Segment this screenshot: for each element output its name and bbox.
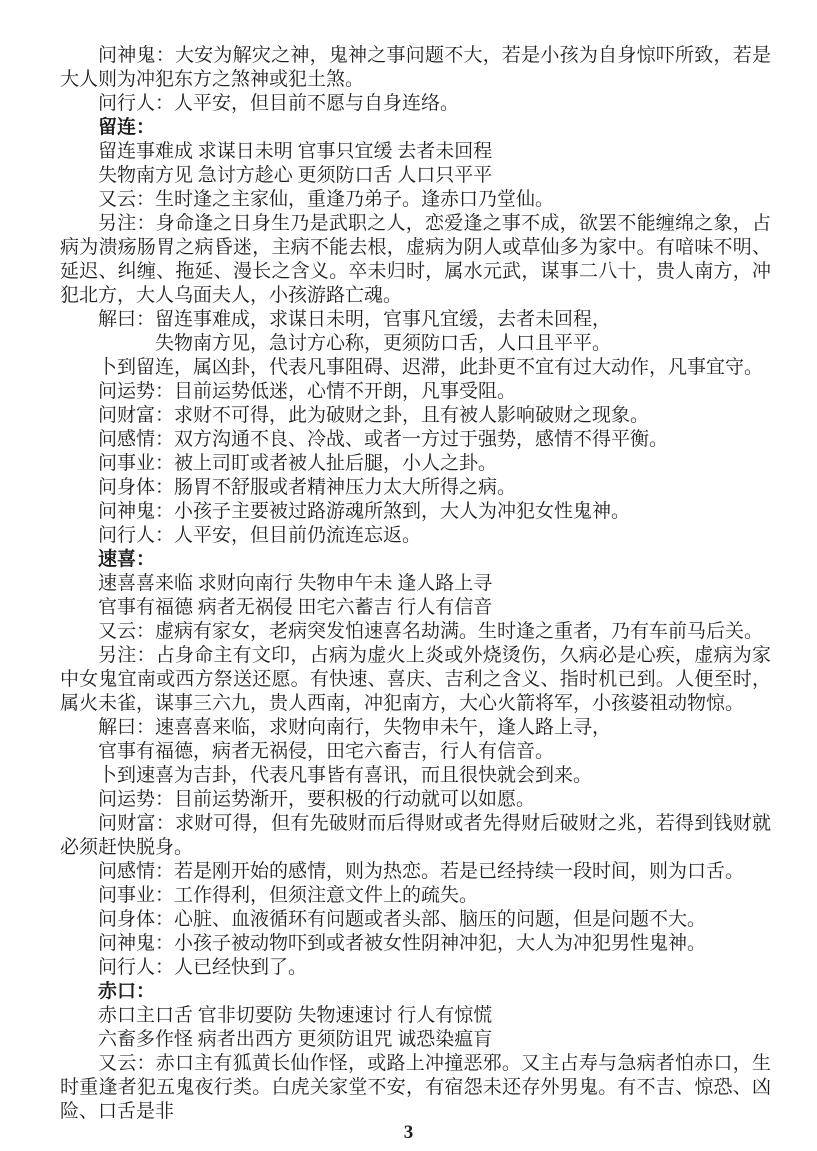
para-suxi-caifu: 问财富：求财可得，但有先破财而后得财或者先得财后破财之兆，若得到钱财就必须赶快脱… (60, 812, 771, 860)
para-wen-shengui-daan: 问神鬼：大安为解灾之神，鬼神之事问题不大，若是小孩为自身惊吓所致，若是大人则为冲… (60, 44, 771, 92)
para-suxi-ganqing: 问感情：若是刚开始的感情，则为热恋。若是已经持续一段时间，则为口舌。 (60, 860, 771, 884)
para-liulian-xingren: 问行人：人平安，但目前仍流连忘返。 (60, 524, 771, 548)
para-liulian-lingzhu: 另注：身命逢之日身生乃是武职之人，恋爱逢之事不成，欲罢不能缠绵之象，占病为溃疡肠… (60, 212, 771, 308)
poem-chikou-line1: 赤口主口舌 官非切要防 失物速速讨 行人有惊慌 (60, 1004, 771, 1028)
poem-suxi-line2: 官事有福德 病者无祸侵 田宅六蓄吉 行人有信音 (60, 596, 771, 620)
para-chikou-youyun: 又云：赤口主有狐黄长仙作怪，或路上冲撞恶邪。又主占寿与急病者怕赤口，生时重逢者犯… (60, 1052, 771, 1124)
para-liulian-youyun: 又云：生时逢之主家仙，重逢乃弟子。逢赤口乃堂仙。 (60, 188, 771, 212)
heading-suxi: 速喜： (60, 548, 771, 572)
para-suxi-youyun: 又云：虚病有家女，老病突发怕速喜名劫满。生时逢之重者，乃有车前马后关。 (60, 620, 771, 644)
para-suxi-jieyue-2: 官事有福德，病者无祸侵，田宅六畜吉，行人有信音。 (60, 740, 771, 764)
para-suxi-shengui: 问神鬼：小孩子被动物吓到或者被女性阴神冲犯，大人为冲犯男性鬼神。 (60, 932, 771, 956)
para-liulian-caifu: 问财富：求财不可得，此为破财之卦，且有被人影响破财之现象。 (60, 404, 771, 428)
para-suxi-shiye: 问事业：工作得利，但须注意文件上的疏失。 (60, 884, 771, 908)
para-liulian-ganqing: 问感情：双方沟通不良、冷战、或者一方过于强势，感情不得平衡。 (60, 428, 771, 452)
document-page: 问神鬼：大安为解灾之神，鬼神之事问题不大，若是小孩为自身惊吓所致，若是大人则为冲… (0, 0, 817, 1151)
heading-liulian: 留连： (60, 116, 771, 140)
para-liulian-shengui: 问神鬼：小孩子主要被过路游魂所煞到，大人为冲犯女性鬼神。 (60, 500, 771, 524)
poem-liulian-line2: 失物南方见 急讨方趁心 更须防口舌 人口只平平 (60, 164, 771, 188)
para-liulian-yunshi: 问运势：目前运势低迷，心情不开朗，凡事受阻。 (60, 380, 771, 404)
para-liulian-shiye: 问事业：被上司盯或者被人扯后腿，小人之卦。 (60, 452, 771, 476)
para-liulian-jieyue-2: 失物南方见，急讨方心称，更须防口舌，人口且平平。 (60, 332, 771, 356)
para-suxi-shenti: 问身体：心脏、血液循环有问题或者头部、脑压的问题，但是问题不大。 (60, 908, 771, 932)
para-suxi-lingzhu: 另注：占身命主有文印，占病为虚火上炎或外烧烫伤，久病必是心疾，虚病为家中女鬼宜南… (60, 644, 771, 716)
para-suxi-budao: 卜到速喜为吉卦，代表凡事皆有喜讯，而且很快就会到来。 (60, 764, 771, 788)
para-liulian-jieyue-1: 解曰：留连事难成，求谋日未明，官事凡宜缓，去者未回程， (60, 308, 771, 332)
poem-suxi-line1: 速喜喜来临 求财向南行 失物申午未 逢人路上寻 (60, 572, 771, 596)
document-body: 问神鬼：大安为解灾之神，鬼神之事问题不大，若是小孩为自身惊吓所致，若是大人则为冲… (60, 44, 771, 1124)
para-wen-xingren-daan: 问行人：人平安，但目前不愿与自身连络。 (60, 92, 771, 116)
poem-liulian-line1: 留连事难成 求谋日未明 官事只宜缓 去者未回程 (60, 140, 771, 164)
poem-chikou-line2: 六畜多作怪 病者出西方 更须防诅咒 诚恐染瘟肓 (60, 1028, 771, 1052)
heading-chikou: 赤口： (60, 980, 771, 1004)
page-number: 3 (0, 1121, 817, 1145)
para-liulian-budao: 卜到留连，属凶卦，代表凡事阻碍、迟滞，此卦更不宜有过大动作，凡事宜守。 (60, 356, 771, 380)
para-liulian-shenti: 问身体：肠胃不舒服或者精神压力太大所得之病。 (60, 476, 771, 500)
para-suxi-yunshi: 问运势：目前运势渐开，要积极的行动就可以如愿。 (60, 788, 771, 812)
para-suxi-jieyue-1: 解曰：速喜喜来临，求财向南行，失物申未午，逢人路上寻， (60, 716, 771, 740)
para-suxi-xingren: 问行人：人已经快到了。 (60, 956, 771, 980)
